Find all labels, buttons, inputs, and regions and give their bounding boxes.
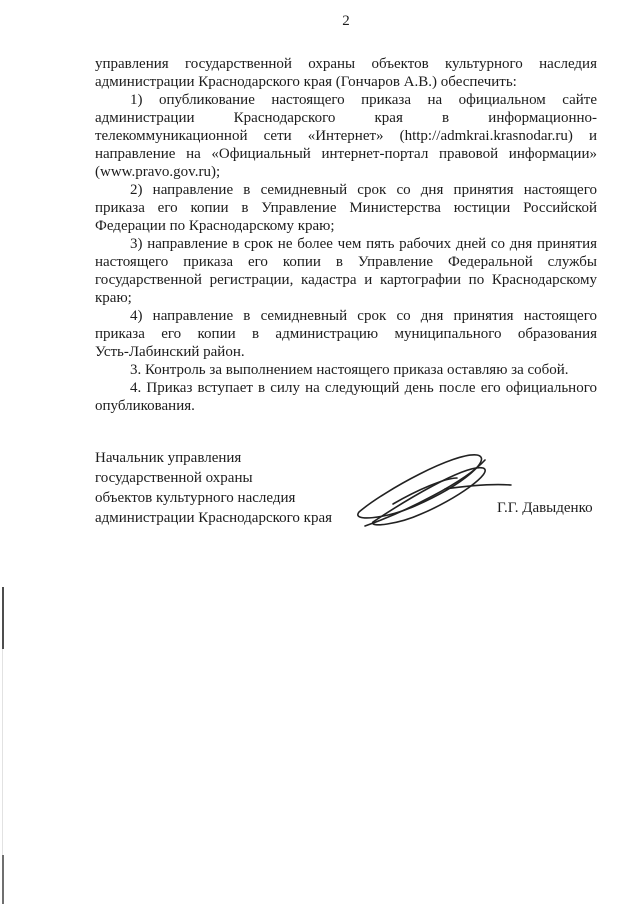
body-line: настоящего приказа его копии в Управлени… [95, 253, 597, 271]
body-line: 3) направление в срок не более чем пять … [95, 235, 597, 253]
signatory-title-line: Начальник управления [95, 448, 375, 468]
body-line: Федерации по Краснодарскому краю; [95, 217, 597, 235]
body-line: 4) направление в семидневный срок со дня… [95, 307, 597, 325]
body-line: направление на «Официальный интернет-пор… [95, 145, 597, 163]
body-line: опубликования. [95, 397, 597, 415]
body-line: телекоммуникационной сети «Интернет» (ht… [95, 127, 597, 145]
scan-artifact-line [2, 855, 4, 904]
signatory-title-line: государственной охраны [95, 468, 375, 488]
document-page: 2 управления государственной охраны объе… [0, 0, 639, 904]
body-line: 2) направление в семидневный срок со дня… [95, 181, 597, 199]
body-line: 1) опубликование настоящего приказа на о… [95, 91, 597, 109]
body-line: администрации Краснодарского края в инфо… [95, 109, 597, 127]
signatory-title: Начальник управлениягосударственной охра… [95, 448, 375, 528]
body-line: приказа его копии в Управление Министерс… [95, 199, 597, 217]
handwritten-signature [345, 442, 515, 532]
body-line: 3. Контроль за выполнением настоящего пр… [95, 361, 597, 379]
body-line: управления государственной охраны объект… [95, 55, 597, 73]
page-number: 2 [95, 13, 597, 30]
body-line: администрации Краснодарского края (Гонча… [95, 73, 597, 91]
document-body: управления государственной охраны объект… [95, 55, 597, 415]
body-line: (www.pravo.gov.ru); [95, 163, 597, 181]
body-line: приказа его копии в администрацию муници… [95, 325, 597, 343]
body-line: государственной регистрации, кадастра и … [95, 271, 597, 289]
signatory-title-line: администрации Краснодарского края [95, 508, 375, 528]
body-line: Усть-Лабинский район. [95, 343, 597, 361]
signatory-title-line: объектов культурного наследия [95, 488, 375, 508]
signatory-name: Г.Г. Давыденко [497, 500, 593, 517]
body-line: 4. Приказ вступает в силу на следующий д… [95, 379, 597, 397]
scan-artifact-line [2, 587, 4, 649]
scan-artifact-line [2, 649, 3, 855]
body-line: краю; [95, 289, 597, 307]
